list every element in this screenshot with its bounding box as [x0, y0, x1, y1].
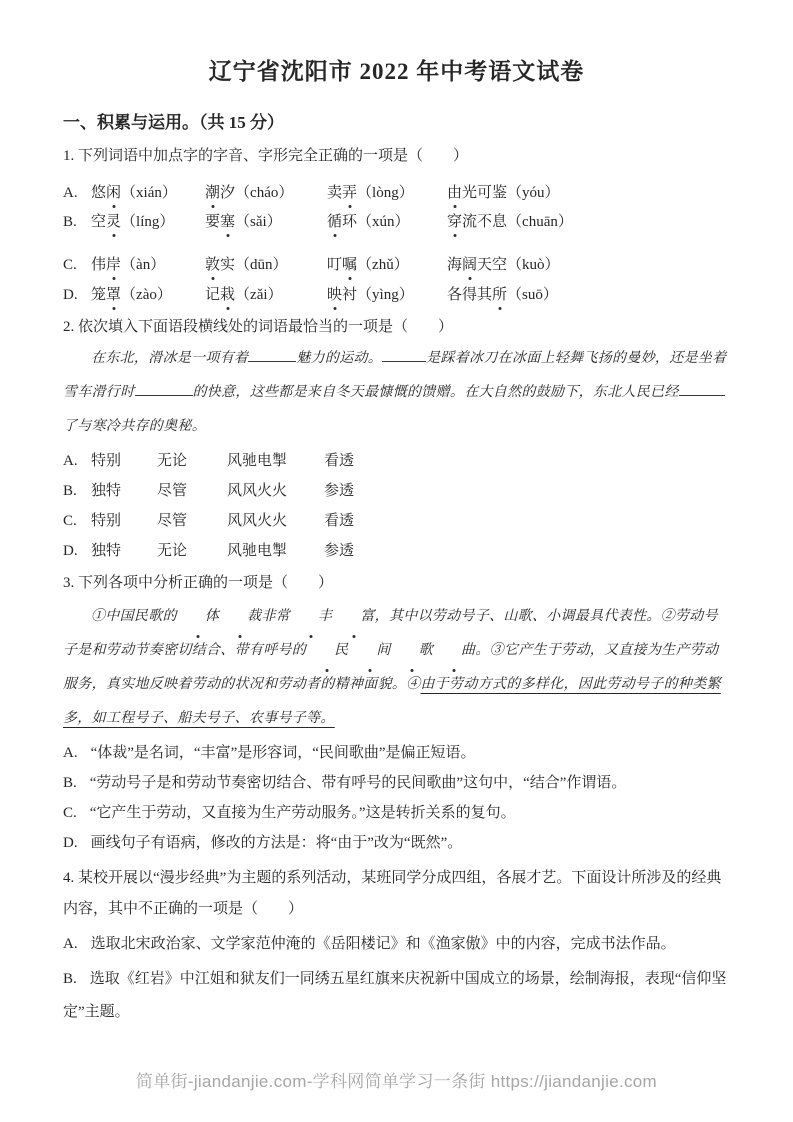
emphasis-dotted-char: 栽: [220, 284, 235, 306]
vocab-item: 卖弄（lòng）: [327, 182, 447, 204]
emphasis-dotted-char: 阔: [462, 254, 477, 276]
word-choice: 独特: [91, 540, 157, 562]
emphasis-dotted-char: 塞: [220, 211, 235, 233]
emphasis-dotted-word: 体裁: [177, 609, 262, 624]
q1-option-a: A.悠闲（xián）潮汐（cháo）卖弄（lòng）由光可鉴（yóu）: [63, 182, 730, 204]
pinyin: （zǎi）: [235, 287, 282, 303]
option-label: B.: [63, 211, 91, 233]
word-choice: 特别: [91, 450, 157, 472]
vocab-item: 映衬（yìng）: [327, 284, 447, 306]
fill-in-blank: [679, 382, 725, 396]
vocab-text: 悠: [91, 185, 106, 201]
q2-option-c: C.特别尽管风风火火看透: [63, 510, 730, 532]
option-label: C.: [63, 254, 91, 276]
pinyin: （yóu）: [507, 185, 560, 201]
option-label: B.: [63, 480, 91, 502]
vocab-text: 汐: [220, 185, 235, 201]
emphasis-dotted-word: 丰富: [290, 609, 375, 624]
q1-option-d: D.笼罩（zào）记栽（zǎi）映衬（yìng）各得其所（suō）: [63, 284, 730, 306]
vocab-item: 由光可鉴（yóu）: [447, 182, 560, 204]
pinyin: （dūn）: [235, 257, 288, 273]
vocab-item: 伟岸（àn）: [91, 254, 205, 276]
vocab-text: 衬: [342, 287, 357, 303]
vocab-text: 环: [342, 214, 357, 230]
pinyin: （cháo）: [235, 185, 293, 201]
pinyin: （lòng）: [357, 185, 414, 201]
emphasis-dotted-char: 潮: [205, 182, 220, 204]
vocab-item: 空灵（líng）: [91, 211, 205, 233]
emphasis-dotted-char: 闲: [106, 182, 121, 204]
pinyin: （àn）: [121, 257, 165, 273]
passage-text: 在东北，滑冰是一项有着: [91, 351, 248, 366]
word-choice: 参透: [324, 480, 354, 502]
vocab-item: 潮汐（cháo）: [205, 182, 327, 204]
q1-option-c: C.伟岸（àn）敦实（dūn）叮嘱（zhǔ）海阔天空（kuò）: [63, 254, 730, 276]
emphasis-dotted-char: 富: [332, 600, 374, 634]
fill-in-blank: [135, 382, 193, 396]
q4-option-a: A.选取北宋政治家、文学家范仲淹的《岳阳楼记》和《渔家傲》中的内容，完成书法作品…: [63, 933, 730, 955]
pinyin: （sǎi）: [235, 214, 282, 230]
vocab-text: 记: [205, 287, 220, 303]
vocab-item: 叮嘱（zhǔ）: [327, 254, 447, 276]
q3-option-a: A.“体裁”是名词，“丰富”是形容词，“民间歌曲”是偏正短语。: [63, 742, 730, 764]
pinyin: （líng）: [121, 214, 174, 230]
option-label: A.: [63, 936, 78, 952]
vocab-text: 伟: [91, 257, 106, 273]
word-choice: 看透: [324, 450, 354, 472]
option-label: D.: [63, 540, 91, 562]
pinyin: （suō）: [507, 287, 558, 303]
emphasis-dotted-char: 灵: [106, 211, 121, 233]
emphasis-dotted-char: 裁: [219, 600, 261, 634]
vocab-item: 记栽（zǎi）: [205, 284, 327, 306]
option-text: “它产生于劳动，又直接为生产劳动服务。”这是转折关系的复句。: [90, 805, 516, 821]
passage-text: 了与寒冷共存的奥秘。: [63, 419, 206, 434]
vocab-text: 光可鉴: [462, 185, 507, 201]
fill-in-blank: [382, 348, 426, 362]
pinyin: （zhǔ）: [357, 257, 409, 273]
q2-options: A.特别无论风驰电掣看透B.独特尽管风风火火参透C.特别尽管风风火火看透D.独特…: [63, 450, 730, 562]
q2-option-d: D.独特无论风驰电掣参透: [63, 540, 730, 562]
q3-option-d: D.画线句子有语病，修改的方法是：将“由于”改为“既然”。: [63, 832, 730, 854]
pinyin: （zào）: [121, 287, 172, 303]
emphasis-dotted-char: 弄: [342, 182, 357, 204]
word-choice: 特别: [91, 510, 157, 532]
q3-stem: 3. 下列各项中分析正确的一项是（ ）: [63, 572, 730, 594]
pinyin: （kuò）: [507, 257, 560, 273]
emphasis-dotted-char: 所: [492, 284, 507, 306]
vocab-item: 敦实（dūn）: [205, 254, 327, 276]
option-label: B.: [63, 775, 77, 791]
vocab-item: 循环（xún）: [327, 211, 447, 233]
option-label: A.: [63, 745, 78, 761]
footer-watermark: 简单街-jiandanjie.com-学科网简单学习一条街 https://ji…: [0, 1067, 793, 1092]
passage-text: 魅力的运动。: [296, 351, 382, 366]
passage-text: 的快意，这些都是来自冬天最慷慨的馈赠。在大自然的鼓励下，东北人民已经: [193, 385, 679, 400]
emphasis-dotted-char: 民: [306, 634, 348, 668]
option-label: C.: [63, 805, 77, 821]
option-text: “劳动号子是和劳动节奏密切结合、带有呼号的民间歌曲”这句中，“结合”作谓语。: [90, 775, 627, 791]
option-label: C.: [63, 510, 91, 532]
vocab-item: 笼罩（zào）: [91, 284, 205, 306]
emphasis-dotted-char: 映: [327, 284, 342, 306]
vocab-text: 叮: [327, 257, 342, 273]
exam-page: 辽宁省沈阳市 2022 年中考语文试卷 一、积累与运用。（共 15 分） 1. …: [0, 56, 793, 1029]
q2-passage: 在东北，滑冰是一项有着魅力的运动。是踩着冰刀在冰面上轻舞飞扬的曼妙，还是坐着雪车…: [63, 342, 730, 444]
word-choice: 尽管: [157, 510, 227, 532]
emphasis-dotted-char: 罩: [106, 284, 121, 306]
vocab-item: 各得其所（suō）: [447, 284, 558, 306]
word-choice: 风风火火: [227, 510, 324, 532]
vocab-item: 海阔天空（kuò）: [447, 254, 560, 276]
vocab-text: 笼: [91, 287, 106, 303]
emphasis-dotted-char: 由: [447, 182, 462, 204]
option-label: B.: [63, 971, 77, 987]
option-label: A.: [63, 182, 91, 204]
option-label: D.: [63, 835, 78, 851]
q4-options: A.选取北宋政治家、文学家范仲淹的《岳阳楼记》和《渔家傲》中的内容，完成书法作品…: [63, 933, 730, 1029]
emphasis-dotted-char: 间: [348, 634, 390, 668]
q3-passage: ①中国民歌的体裁非常丰富，其中以劳动号子、山歌、小调最具代表性。②劳动号子是和劳…: [63, 600, 730, 736]
q1-stem: 1. 下列词语中加点字的字音、字形完全正确的一项是（ ）: [63, 145, 730, 167]
word-choice: 看透: [324, 510, 354, 532]
vocab-text: 流不息: [462, 214, 507, 230]
emphasis-dotted-char: 循: [327, 211, 342, 233]
emphasis-dotted-char: 岸: [106, 254, 121, 276]
word-choice: 无论: [157, 450, 227, 472]
pinyin: （xián）: [121, 185, 177, 201]
option-text: 选取北宋政治家、文学家范仲淹的《岳阳楼记》和《渔家傲》中的内容，完成书法作品。: [91, 936, 676, 952]
q4-stem: 4. 某校开展以“漫步经典”为主题的系列活动，某班同学分成四组，各展才艺。下面设…: [63, 863, 730, 925]
vocab-text: 空: [91, 214, 106, 230]
q1-options: A.悠闲（xián）潮汐（cháo）卖弄（lòng）由光可鉴（yóu）B.空灵（…: [63, 182, 730, 306]
pinyin: （xún）: [357, 214, 410, 230]
pinyin: （yìng）: [357, 287, 414, 303]
q3-options: A.“体裁”是名词，“丰富”是形容词，“民间歌曲”是偏正短语。B.“劳动号子是和…: [63, 742, 730, 854]
vocab-text: 卖: [327, 185, 342, 201]
word-choice: 尽管: [157, 480, 227, 502]
word-choice: 独特: [91, 480, 157, 502]
emphasis-dotted-char: 敦: [205, 254, 220, 276]
q3-option-b: B.“劳动号子是和劳动节奏密切结合、带有呼号的民间歌曲”这句中，“结合”作谓语。: [63, 772, 730, 794]
q1-option-b: B.空灵（líng）要塞（sǎi）循环（xún）穿流不息（chuān）: [63, 211, 730, 233]
word-choice: 风风火火: [227, 480, 324, 502]
vocab-text: 实: [220, 257, 235, 273]
vocab-item: 悠闲（xián）: [91, 182, 205, 204]
word-choice: 风驰电掣: [227, 540, 324, 562]
vocab-item: 穿流不息（chuān）: [447, 211, 573, 233]
emphasis-dotted-char: 体: [177, 600, 219, 634]
vocab-text: 海: [447, 257, 462, 273]
q4-option-b: B.选取《红岩》中江姐和狱友们一同绣五星红旗来庆祝新中国成立的场景，绘制海报，表…: [63, 963, 730, 1029]
vocab-text: 天空: [477, 257, 507, 273]
q2-option-a: A.特别无论风驰电掣看透: [63, 450, 730, 472]
option-text: “体裁”是名词，“丰富”是形容词，“民间歌曲”是偏正短语。: [91, 745, 476, 761]
option-text: 画线句子有语病，修改的方法是：将“由于”改为“既然”。: [91, 835, 463, 851]
pinyin: （chuān）: [507, 214, 573, 230]
vocab-text: 各得其: [447, 287, 492, 303]
word-choice: 风驰电掣: [227, 450, 324, 472]
q2-option-b: B.独特尽管风风火火参透: [63, 480, 730, 502]
word-choice: 无论: [157, 540, 227, 562]
emphasis-dotted-char: 嘱: [342, 254, 357, 276]
passage-text: 非常: [261, 609, 290, 624]
q2-stem: 2. 依次填入下面语段横线处的词语最恰当的一项是（ ）: [63, 316, 730, 338]
emphasis-dotted-char: 穿: [447, 211, 462, 233]
passage-text: ①中国民歌的: [91, 609, 177, 624]
vocab-text: 要: [205, 214, 220, 230]
option-label: D.: [63, 284, 91, 306]
word-choice: 参透: [324, 540, 354, 562]
option-label: A.: [63, 450, 91, 472]
emphasis-dotted-char: 曲: [433, 634, 475, 668]
q3-option-c: C.“它产生于劳动，又直接为生产劳动服务。”这是转折关系的复句。: [63, 802, 730, 824]
section-heading: 一、积累与运用。（共 15 分）: [63, 111, 730, 135]
fill-in-blank: [248, 348, 296, 362]
vocab-item: 要塞（sǎi）: [205, 211, 327, 233]
option-text: 选取《红岩》中江姐和狱友们一同绣五星红旗来庆祝新中国成立的场景，绘制海报，表现“…: [63, 971, 726, 1020]
emphasis-dotted-char: 丰: [290, 600, 332, 634]
page-title: 辽宁省沈阳市 2022 年中考语文试卷: [63, 56, 730, 87]
emphasis-dotted-word: 民间歌曲: [306, 643, 475, 658]
emphasis-dotted-char: 歌: [391, 634, 433, 668]
